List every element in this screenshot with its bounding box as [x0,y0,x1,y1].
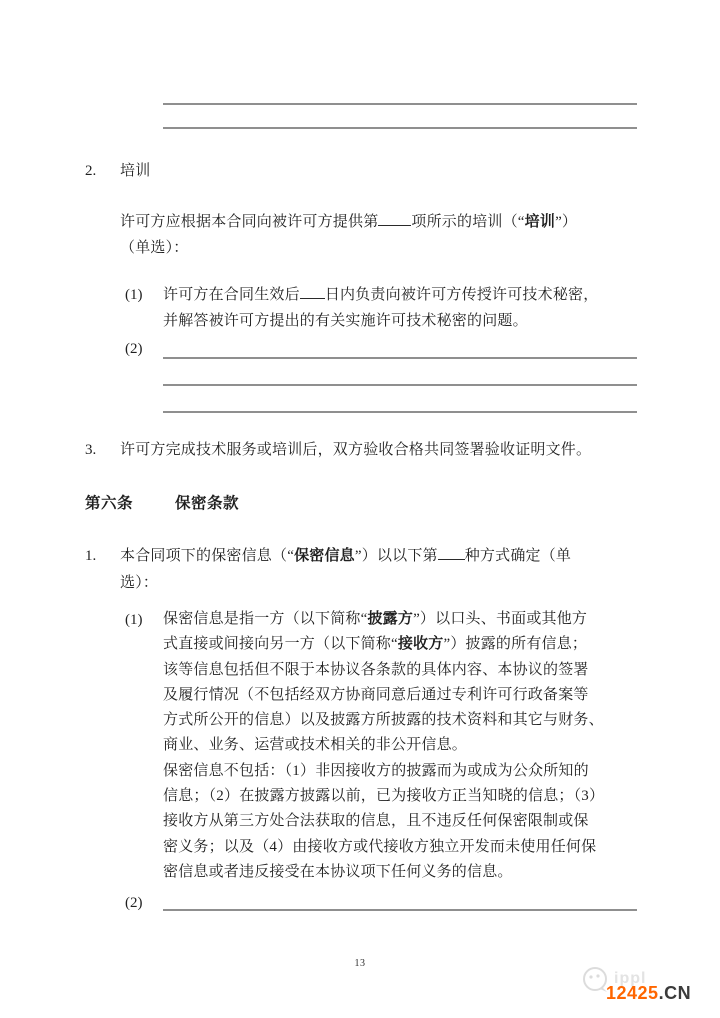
text-run: 式直接或间接向另一方（以下简称“ [163,636,398,652]
text-run: 许可方应根据本合同向被许可方提供第 [120,214,378,230]
text-run: 保密信息是指一方（以下简称“ [163,611,367,627]
item-title: 培训 [120,158,150,184]
paragraph-line: 密信息或者违反接受在本协议项下任何义务的信息。 [163,860,604,885]
subitem-label: (2) [125,890,143,916]
item-number: 3. [85,437,96,463]
text-run: 许可方在合同生效后 [163,287,300,303]
contract-page: 2. 培训 许可方应根据本合同向被许可方提供第项所示的培训（“培训”） （单选）… [0,0,720,1018]
paragraph-line: 方式所公开的信息）以及披露方所披露的技术资料和其它与财务、 [163,708,604,733]
text-run: 日内负责向被许可方传授许可技术秘密， [325,287,599,303]
text-run: ”） [555,214,577,230]
paragraph-line: 接收方从第三方处合法获取的信息，且不违反任何保密限制或保 [163,809,604,834]
watermark-suffix: .CN [659,983,692,1003]
paragraph-line: 保密信息是指一方（以下简称“披露方”）以口头、书面或其他方 [163,607,604,632]
inline-blank-field [378,214,411,226]
paragraph-line: （单选）： [120,235,189,261]
paragraph-line: 保密信息不包括：（1）非因接收方的披露而为或成为公众所知的 [163,759,604,784]
paragraph-line: 许可方应根据本合同向被许可方提供第项所示的培训（“培训”） [120,209,577,235]
watermark: ippl 12425.CN [578,962,718,1010]
paragraph-line: 许可方在合同生效后日内负责向被许可方传授许可技术秘密， [163,282,598,308]
paragraph-line: 及履行情况（不包括经双方协商同意后通过专利许可行政备案等 [163,683,604,708]
paragraph-line: 许可方完成技术服务或培训后，双方验收合格共同签署验收证明文件。 [120,437,591,463]
bold-term: 保密信息 [294,548,355,564]
subitem-label: (1) [125,282,143,308]
text-run: 种方式确定（单 [465,548,571,564]
paragraph-line: 该等信息包括但不限于本协议各条款的具体内容、本协议的签署 [163,658,604,683]
text-run: ”）披露的所有信息； [443,636,587,652]
fill-in-line [163,411,637,413]
bold-term: 接收方 [398,636,444,652]
paragraph-line: 并解答被许可方提出的有关实施许可技术秘密的问题。 [163,308,528,334]
inline-blank-field [300,287,325,299]
bold-term: 披露方 [367,611,413,627]
inline-blank-field [438,548,465,560]
definition-paragraph: 保密信息是指一方（以下简称“披露方”）以口头、书面或其他方 式直接或间接向另一方… [163,607,604,885]
subitem-label: (2) [125,336,143,362]
text-run: ”）以口头、书面或其他方 [413,611,587,627]
fill-in-line [163,909,637,911]
text-run: 本合同项下的保密信息（“ [120,548,294,564]
fill-in-line [163,103,637,105]
paragraph-line: 本合同项下的保密信息（“保密信息”）以以下第种方式确定（单 [120,543,571,569]
text-run: 项所示的培训（“ [411,214,524,230]
fill-in-line [163,357,637,359]
bold-term: 培训 [525,214,555,230]
item-number: 1. [85,543,96,569]
fill-in-line [163,384,637,386]
paragraph-line: 商业、业务、运营或技术相关的非公开信息。 [163,733,604,758]
text-run: ”）以以下第 [355,548,438,564]
paragraph-line: 式直接或间接向另一方（以下简称“接收方”）披露的所有信息； [163,632,604,657]
article-title: 保密条款 [175,491,239,517]
item-number: 2. [85,158,96,184]
paragraph-line: 选）： [120,570,158,596]
subitem-label: (1) [125,607,143,633]
paragraph-line: 信息；（2）在披露方披露以前，已为接收方正当知晓的信息；（3） [163,784,604,809]
watermark-brand-text: 12425.CN [606,983,691,1004]
watermark-brand: 12425 [606,983,659,1003]
fill-in-line [163,127,637,129]
article-number: 第六条 [85,491,133,517]
paragraph-line: 密义务；以及（4）由接收方或代接收方独立开发而未使用任何保 [163,835,604,860]
